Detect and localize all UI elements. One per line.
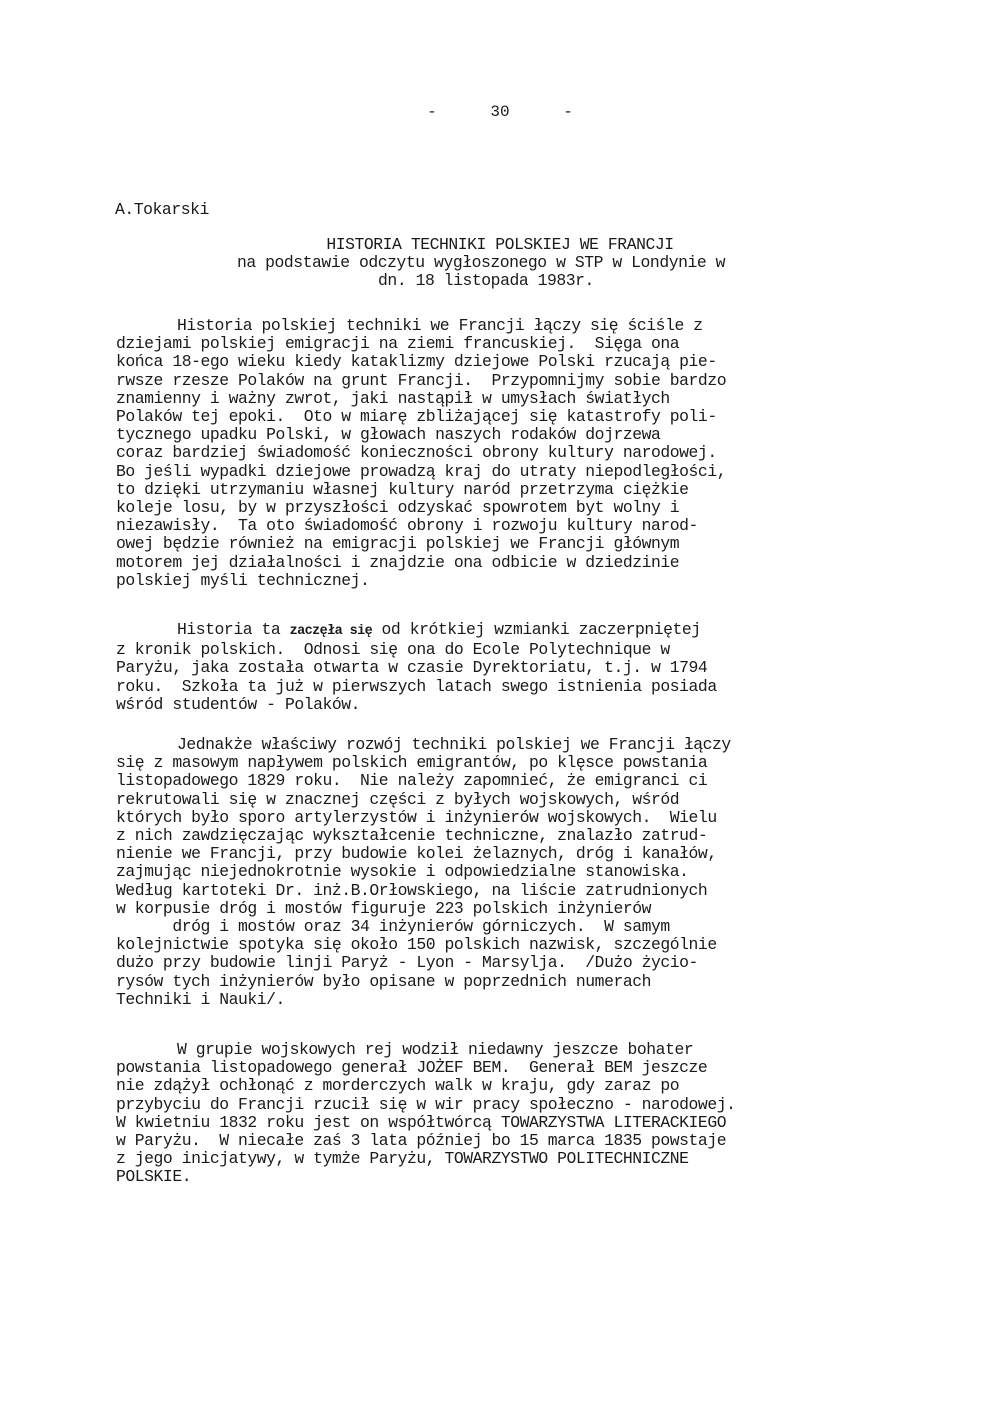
- author-name: A.Tokarski: [115, 201, 209, 219]
- paragraph-4: W grupie wojskowych rej wodził niedawny …: [116, 1041, 916, 1187]
- page-number-value: 30: [490, 103, 509, 121]
- text-line: rekrutowali się w znacznej części z były…: [116, 791, 916, 809]
- page-number-dash-left: -: [427, 103, 437, 121]
- text-line: motorem jej działalności i znajdzie ona …: [116, 554, 916, 572]
- text-line: powstania listopadowego generał JOŻEF BE…: [116, 1059, 916, 1077]
- text-line: Według kartoteki Dr. inż.B.Orłowskiego, …: [116, 882, 916, 900]
- paragraph-2-first-line: Historia ta zaczęła się od krótkiej wzmi…: [116, 621, 916, 641]
- text-line: Polaków tej epoki. Oto w miarę zbliżając…: [116, 408, 916, 426]
- text-line: coraz bardziej świadomość konieczności o…: [116, 444, 916, 462]
- paragraph-2-body: z kronik polskich. Odnosi się ona do Eco…: [116, 641, 916, 714]
- document-title: HISTORIA TECHNIKI POLSKIEJ WE FRANCJI: [105, 236, 895, 254]
- text-line: dziejami polskiej emigracji na ziemi fra…: [116, 335, 916, 353]
- paragraph-2: Historia ta zaczęła się od krótkiej wzmi…: [116, 621, 916, 714]
- text-line: Paryżu, jaka została otwarta w czasie Dy…: [116, 659, 916, 677]
- text-line: W grupie wojskowych rej wodził niedawny …: [116, 1041, 916, 1059]
- text-line: Bo jeśli wypadki dziejowe prowadzą kraj …: [116, 463, 916, 481]
- text-line: to dzięki utrzymaniu własnej kultury nar…: [116, 481, 916, 499]
- paragraph-2-first-line-end: od krótkiej wzmianki zaczerpniętej: [372, 620, 701, 639]
- text-line: z nich zawdzięczając wykształcenie techn…: [116, 827, 916, 845]
- document-page: - 30 - A.Tokarski HISTORIA TECHNIKI POLS…: [0, 0, 1000, 1420]
- text-line: których było sporo artylerzystów i inżyn…: [116, 809, 916, 827]
- text-line: końca 18-ego wieku kiedy kataklizmy dzie…: [116, 353, 916, 371]
- text-line: POLSKIE.: [116, 1168, 916, 1186]
- text-line: koleje losu, by w przyszłości odzyskać s…: [116, 499, 916, 517]
- paragraph-1: Historia polskiej techniki we Francji łą…: [116, 317, 916, 590]
- text-line: się z masowym napływem polskich emigrant…: [116, 754, 916, 772]
- paragraph-3: Jednakże właściwy rozwój techniki polski…: [116, 736, 916, 1009]
- text-line: dużo przy budowie linji Paryż - Lyon - M…: [116, 954, 916, 972]
- text-line: roku. Szkoła ta już w pierwszych latach …: [116, 678, 916, 696]
- text-line: Jednakże właściwy rozwój techniki polski…: [116, 736, 916, 754]
- text-line: nienie we Francji, przy budowie kolei że…: [116, 845, 916, 863]
- inserted-text: zaczęła się: [290, 624, 373, 639]
- document-subtitle-line-2: dn. 18 listopada 1983r.: [77, 272, 895, 290]
- text-line: Historia polskiej techniki we Francji łą…: [116, 317, 916, 335]
- text-line: niezawisły. Ta oto świadomość obrony i r…: [116, 517, 916, 535]
- text-line: Techniki i Nauki/.: [116, 991, 916, 1009]
- text-line: rysów tych inżynierów było opisane w pop…: [116, 973, 916, 991]
- text-line: dróg i mostów oraz 34 inżynierów górnicz…: [116, 918, 916, 936]
- text-line: nie zdążył ochłonąć z morderczych walk w…: [116, 1077, 916, 1095]
- text-line: rwsze rzesze Polaków na grunt Francji. P…: [116, 372, 916, 390]
- text-line: tycznego upadku Polski, w głowach naszyc…: [116, 426, 916, 444]
- text-line: przybyciu do Francji rzucił się w wir pr…: [116, 1096, 916, 1114]
- text-line: W kwietniu 1832 roku jest on współtwórcą…: [116, 1114, 916, 1132]
- page-number: - 30 -: [0, 103, 1000, 121]
- text-line: znamienny i ważny zwrot, jaki nastąpił w…: [116, 390, 916, 408]
- text-line: wśród studentów - Polaków.: [116, 696, 916, 714]
- text-line: w Paryżu. W niecałe zaś 3 lata później b…: [116, 1132, 916, 1150]
- text-line: z jego inicjatywy, w tymże Paryżu, TOWAR…: [116, 1150, 916, 1168]
- paragraph-2-first-line-start: Historia ta: [177, 620, 290, 639]
- text-line: zajmując niejednokrotnie wysokie i odpow…: [116, 863, 916, 881]
- title-block: HISTORIA TECHNIKI POLSKIEJ WE FRANCJI na…: [115, 236, 895, 291]
- text-line: z kronik polskich. Odnosi się ona do Eco…: [116, 641, 916, 659]
- text-line: polskiej myśli technicznej.: [116, 572, 916, 590]
- text-line: kolejnictwie spotyka się około 150 polsk…: [116, 936, 916, 954]
- page-number-dash-right: -: [563, 103, 573, 121]
- text-line: owej będzie również na emigracji polskie…: [116, 535, 916, 553]
- document-subtitle-line-1: na podstawie odczytu wygłoszonego w STP …: [67, 254, 895, 272]
- text-line: listopadowego 1829 roku. Nie należy zapo…: [116, 772, 916, 790]
- text-line: w korpusie dróg i mostów figuruje 223 po…: [116, 900, 916, 918]
